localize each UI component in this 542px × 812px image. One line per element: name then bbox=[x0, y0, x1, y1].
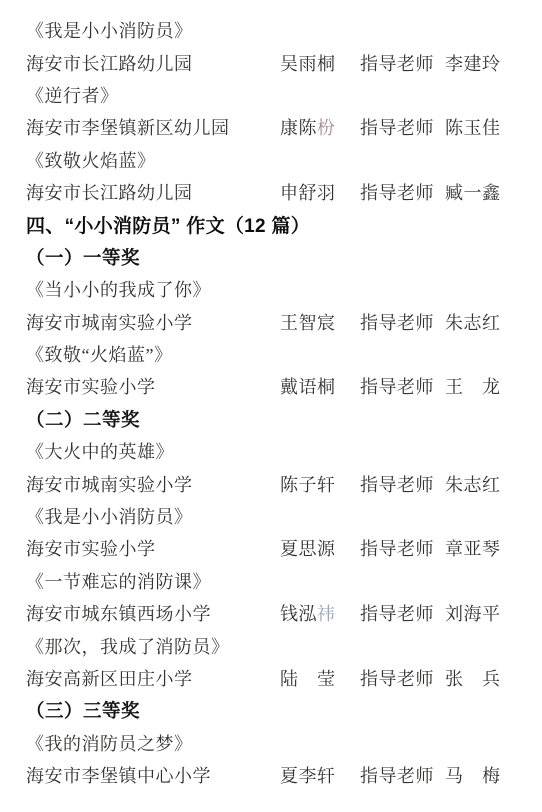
advisor-group: 指导老师 李建玲 bbox=[360, 50, 501, 76]
advisor-group: 指导老师 马 梅 bbox=[360, 762, 501, 788]
teacher-name: 臧一鑫 bbox=[445, 179, 501, 205]
school-name: 海安市长江路幼儿园 bbox=[26, 50, 193, 76]
school-name: 海安市李堡镇新区幼儿园 bbox=[26, 114, 230, 140]
advisor-group: 指导老师 刘海平 bbox=[360, 600, 501, 626]
work-title: 《我是小小消防员》 bbox=[26, 14, 522, 46]
teacher-name: 朱志红 bbox=[445, 471, 501, 497]
advisor-label: 指导老师 bbox=[360, 535, 434, 561]
award-entry: 海安市城南实验小学 王智宸 指导老师 朱志红 bbox=[26, 306, 522, 338]
award-entry: 海安市长江路幼儿园 申舒羽 指导老师 臧一鑫 bbox=[26, 176, 522, 208]
student-name: 夏思源 bbox=[280, 535, 336, 561]
advisor-label: 指导老师 bbox=[360, 179, 434, 205]
work-title: 《致敬“火焰蓝”》 bbox=[26, 338, 522, 370]
award-entry: 海安市城东镇西场小学 钱泓祎 指导老师 刘海平 bbox=[26, 597, 522, 629]
advisor-group: 指导老师 章亚琴 bbox=[360, 535, 501, 561]
student-name: 申舒羽 bbox=[280, 179, 336, 205]
student-name: 吴雨桐 bbox=[280, 50, 336, 76]
teacher-name: 刘海平 bbox=[445, 600, 501, 626]
work-title: 《我是小小消防员》 bbox=[26, 500, 522, 532]
advisor-group: 指导老师 朱志红 bbox=[360, 471, 501, 497]
student-name: 钱泓祎 bbox=[280, 600, 336, 626]
student-name: 夏李轩 bbox=[280, 762, 336, 788]
work-title: 《一节难忘的消防课》 bbox=[26, 565, 522, 597]
award-entry: 海安市实验小学 夏思源 指导老师 章亚琴 bbox=[26, 532, 522, 564]
student-name: 康陈枌 bbox=[280, 114, 336, 140]
teacher-name: 马 梅 bbox=[445, 762, 501, 788]
advisor-label: 指导老师 bbox=[360, 471, 434, 497]
school-name: 海安市实验小学 bbox=[26, 373, 156, 399]
award-entry: 海安高新区田庄小学 陆 莹 指导老师 张 兵 bbox=[26, 662, 522, 694]
work-title: 《我的消防员之梦》 bbox=[26, 727, 522, 759]
advisor-label: 指导老师 bbox=[360, 600, 434, 626]
student-name-tail: 祎 bbox=[317, 604, 336, 624]
teacher-name: 李建玲 bbox=[445, 50, 501, 76]
work-title: 《致敬火焰蓝》 bbox=[26, 144, 522, 176]
document-page: 《我是小小消防员》 海安市长江路幼儿园 吴雨桐 指导老师 李建玲 《逆行者》 海… bbox=[0, 0, 542, 812]
section-heading: 四、“小小消防员” 作文（12 篇） bbox=[26, 208, 522, 240]
award-entry: 海安市实验小学 戴语桐 指导老师 王 龙 bbox=[26, 370, 522, 402]
student-name: 王智宸 bbox=[280, 309, 336, 335]
work-title: 《那次，我成了消防员》 bbox=[26, 629, 522, 661]
advisor-group: 指导老师 陈玉佳 bbox=[360, 114, 501, 140]
school-name: 海安市李堡镇中心小学 bbox=[26, 762, 211, 788]
award-tier-heading: （二）二等奖 bbox=[26, 403, 522, 435]
student-name-head: 钱泓 bbox=[280, 604, 317, 624]
school-name: 海安市实验小学 bbox=[26, 535, 156, 561]
teacher-name: 陈玉佳 bbox=[445, 114, 501, 140]
teacher-name: 朱志红 bbox=[445, 309, 501, 335]
school-name: 海安市城东镇西场小学 bbox=[26, 600, 211, 626]
advisor-label: 指导老师 bbox=[360, 762, 434, 788]
teacher-name: 王 龙 bbox=[445, 373, 501, 399]
student-name-head: 康陈 bbox=[280, 118, 317, 138]
teacher-name: 张 兵 bbox=[445, 665, 501, 691]
award-entry: 海安市城南实验小学 陈子轩 指导老师 朱志红 bbox=[26, 467, 522, 499]
advisor-group: 指导老师 张 兵 bbox=[360, 665, 501, 691]
advisor-group: 指导老师 朱志红 bbox=[360, 309, 501, 335]
advisor-group: 指导老师 臧一鑫 bbox=[360, 179, 501, 205]
school-name: 海安市城南实验小学 bbox=[26, 309, 193, 335]
teacher-name: 章亚琴 bbox=[445, 535, 501, 561]
work-title: 《大火中的英雄》 bbox=[26, 435, 522, 467]
award-tier-heading: （三）三等奖 bbox=[26, 694, 522, 726]
advisor-label: 指导老师 bbox=[360, 50, 434, 76]
award-entry: 海安市李堡镇中心小学 夏李轩 指导老师 马 梅 bbox=[26, 759, 522, 791]
advisor-label: 指导老师 bbox=[360, 114, 434, 140]
award-entry: 海安市长江路幼儿园 吴雨桐 指导老师 李建玲 bbox=[26, 46, 522, 78]
school-name: 海安市长江路幼儿园 bbox=[26, 179, 193, 205]
advisor-label: 指导老师 bbox=[360, 309, 434, 335]
advisor-group: 指导老师 王 龙 bbox=[360, 373, 501, 399]
student-name: 陆 莹 bbox=[280, 665, 336, 691]
school-name: 海安市城南实验小学 bbox=[26, 471, 193, 497]
school-name: 海安高新区田庄小学 bbox=[26, 665, 193, 691]
advisor-label: 指导老师 bbox=[360, 373, 434, 399]
work-title: 《当小小的我成了你》 bbox=[26, 273, 522, 305]
student-name: 陈子轩 bbox=[280, 471, 336, 497]
advisor-label: 指导老师 bbox=[360, 665, 434, 691]
award-entry: 海安市李堡镇新区幼儿园 康陈枌 指导老师 陈玉佳 bbox=[26, 111, 522, 143]
award-tier-heading: （一）一等奖 bbox=[26, 241, 522, 273]
student-name: 戴语桐 bbox=[280, 373, 336, 399]
work-title: 《逆行者》 bbox=[26, 79, 522, 111]
student-name-tail: 枌 bbox=[317, 118, 336, 138]
